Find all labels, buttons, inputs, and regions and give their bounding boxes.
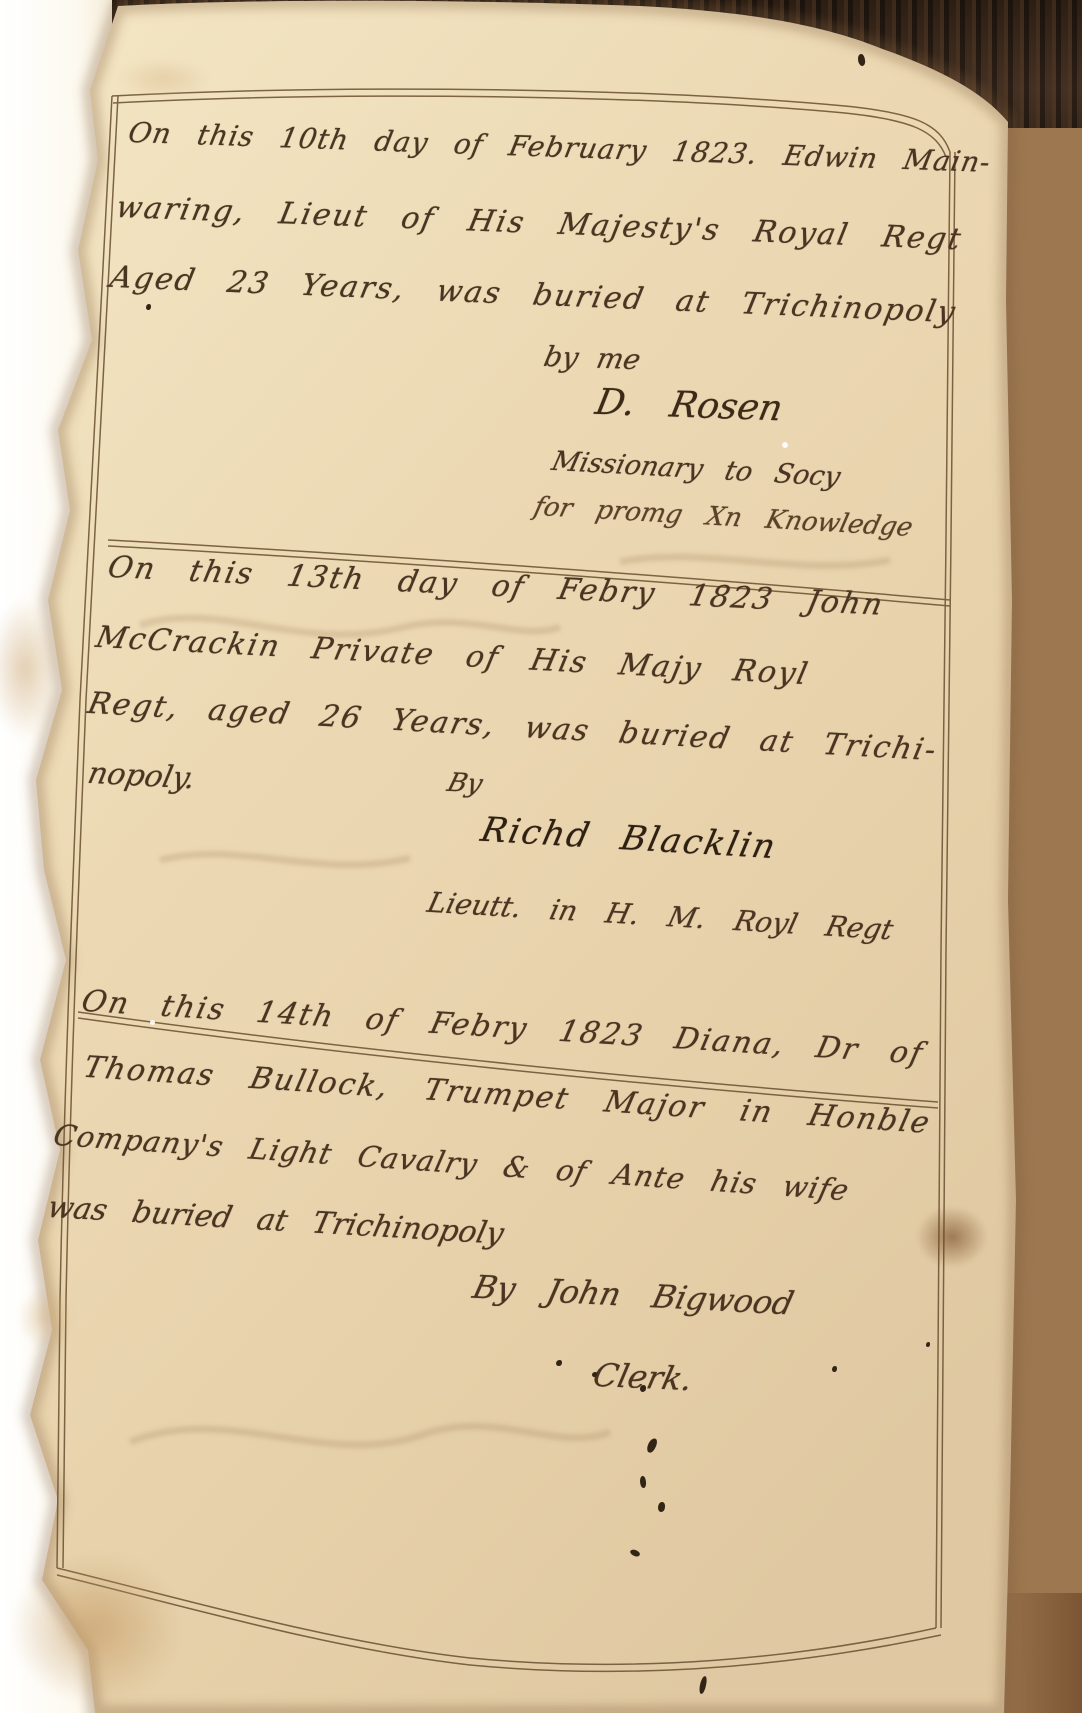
paper-fleck (150, 1020, 155, 1025)
paper-fleck (782, 442, 788, 448)
photograph-of-burial-register-page: On this 10th day of February 1823. Edwin… (0, 0, 1082, 1713)
paper-page (0, 0, 1082, 1713)
signature: D. Rosen (592, 382, 786, 429)
record-line: nopoly. (85, 756, 199, 796)
record-attestation: by me (541, 340, 644, 376)
